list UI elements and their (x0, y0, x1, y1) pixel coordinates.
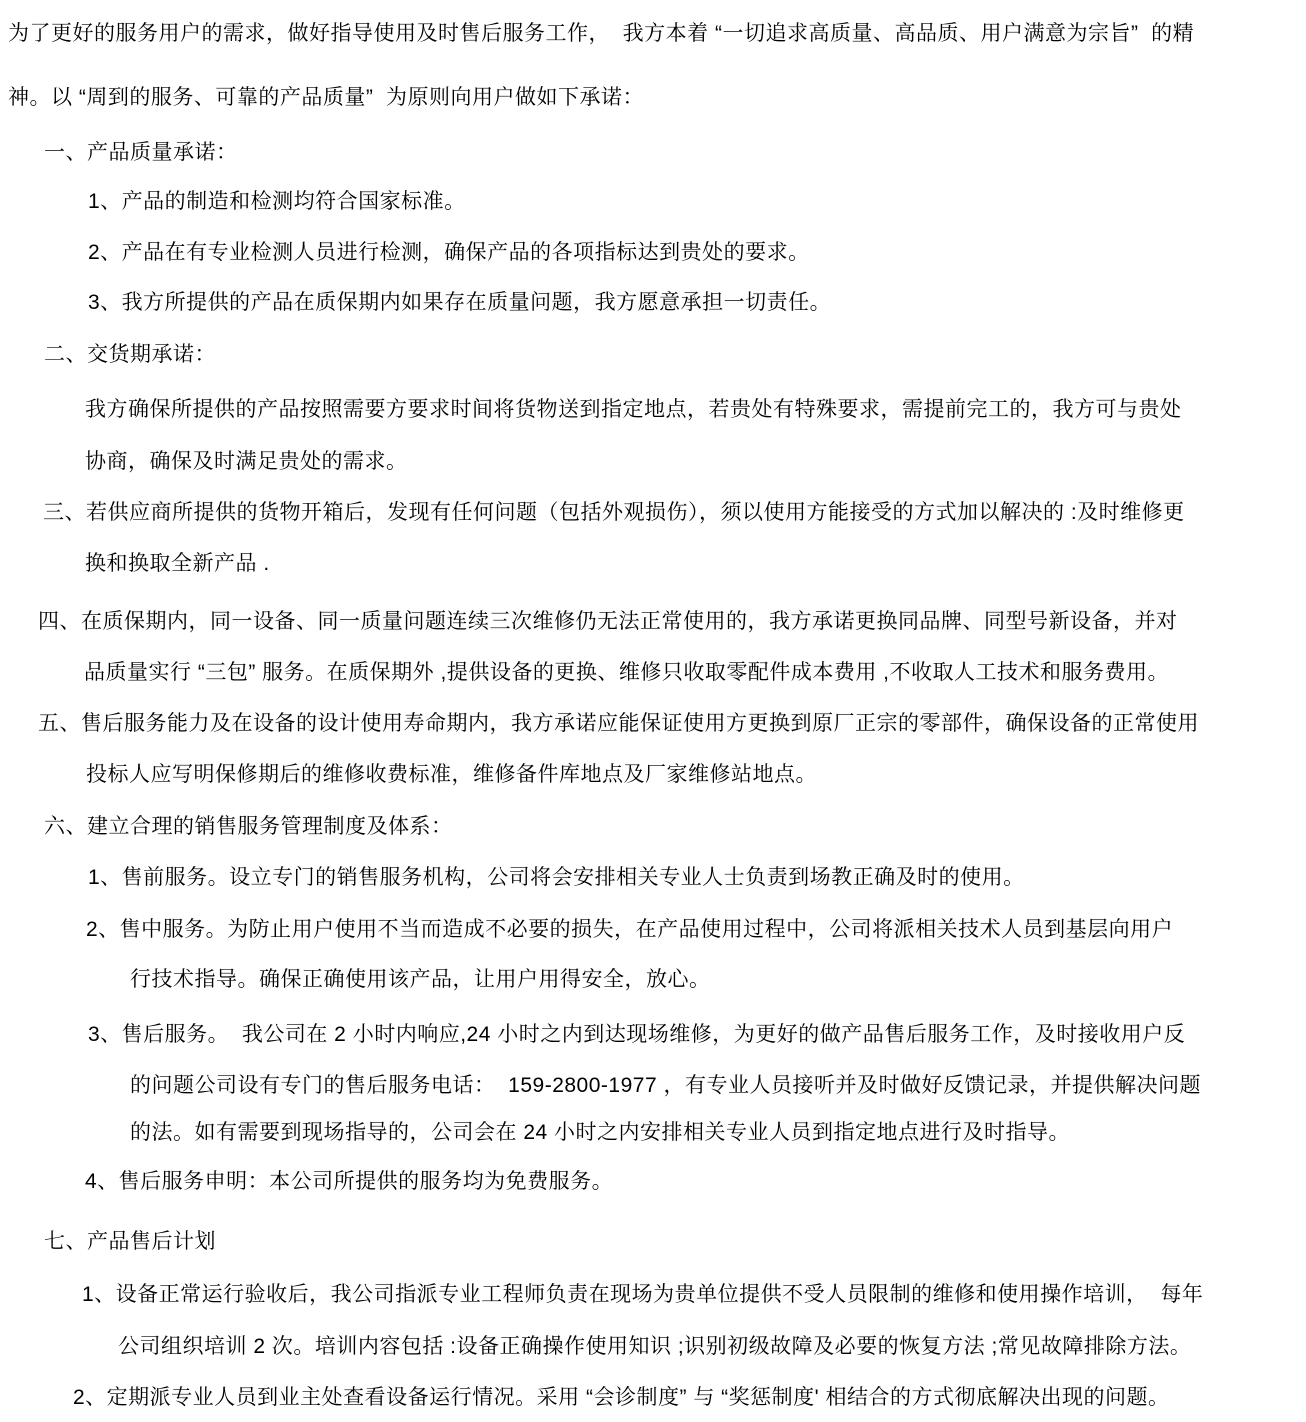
section-6-heading: 六、建立合理的销售服务管理制度及体系： (44, 815, 453, 839)
section-7-item-1-line-2: 公司组织培训 2 次。培训内容包括 :设备正确操作使用知识 ;识别初级故障及必要… (118, 1335, 1191, 1359)
section-3-line-2: 换和换取全新产品 . (85, 552, 270, 576)
section-1-item-2: 2、产品在有专业检测人员进行检测，确保产品的各项指标达到贵处的要求。 (88, 241, 810, 265)
section-7-item-2: 2、定期派专业人员到业主处查看设备运行情况。采用 “会诊制度” 与 “奖惩制度'… (73, 1386, 1170, 1410)
section-2-body-line-2: 协商，确保及时满足贵处的需求。 (85, 450, 408, 474)
section-6-item-2-line-1: 2、售中服务。为防止用户使用不当而造成不必要的损失，在产品使用过程中，公司将派相… (86, 918, 1173, 942)
section-3-line-1: 三、若供应商所提供的货物开箱后，发现有任何问题（包括外观损伤），须以使用方能接受… (43, 501, 1185, 525)
section-2-body-line-1: 我方确保所提供的产品按照需要方要求时间将货物送到指定地点，若贵处有特殊要求，需提… (85, 398, 1182, 422)
section-5-line-2: 投标人应写明保修期后的维修收费标准，维修备件库地点及厂家维修站地点。 (86, 763, 817, 787)
section-6-item-3-line-2: 的问题公司设有专门的售后服务电话： 159-2800-1977 ，有专业人员接听… (130, 1074, 1201, 1098)
section-1-heading: 一、产品质量承诺： (44, 141, 238, 165)
section-2-heading: 二、交货期承诺： (44, 343, 216, 367)
intro-line-2: 神。以 “周到的服务、可靠的产品质量” 为原则向用户做如下承诺： (8, 86, 644, 110)
section-7-item-1-line-1: 1、设备正常运行验收后，我公司指派专业工程师负责在现场为贵单位提供不受人员限制的… (82, 1283, 1203, 1307)
intro-line-1: 为了更好的服务用户的需求，做好指导使用及时售后服务工作， 我方本着 “一切追求高… (8, 22, 1194, 46)
section-4-line-1: 四、在质保期内，同一设备、同一质量问题连续三次维修仍无法正常使用的，我方承诺更换… (38, 610, 1178, 634)
document-page: 为了更好的服务用户的需求，做好指导使用及时售后服务工作， 我方本着 “一切追求高… (0, 0, 1306, 1422)
section-6-item-1: 1、售前服务。设立专门的销售服务机构，公司将会安排相关专业人士负责到场教正确及时… (88, 866, 1025, 890)
section-6-item-3-line-1: 3、售后服务。 我公司在 2 小时内响应,24 小时之内到达现场维修，为更好的做… (88, 1023, 1185, 1047)
section-1-item-1: 1、产品的制造和检测均符合国家标准。 (88, 190, 466, 214)
section-7-heading: 七、产品售后计划 (44, 1230, 216, 1254)
section-4-line-2: 品质量实行 “三包” 服务。在质保期外 ,提供设备的更换、维修只收取零配件成本费… (84, 661, 1169, 685)
section-5-line-1: 五、售后服务能力及在设备的设计使用寿命期内，我方承诺应能保证使用方更换到原厂正宗… (38, 712, 1199, 736)
section-6-item-3-line-3: 的法。如有需要到现场指导的，公司会在 24 小时之内安排相关专业人员到指定地点进… (130, 1121, 1070, 1145)
section-6-item-2-line-2: 行技术指导。确保正确使用该产品，让用户用得安全，放心。 (130, 968, 711, 992)
section-1-item-3: 3、我方所提供的产品在质保期内如果存在质量问题，我方愿意承担一切责任。 (88, 291, 831, 315)
section-6-item-4: 4、售后服务申明：本公司所提供的服务均为免费服务。 (85, 1170, 613, 1194)
